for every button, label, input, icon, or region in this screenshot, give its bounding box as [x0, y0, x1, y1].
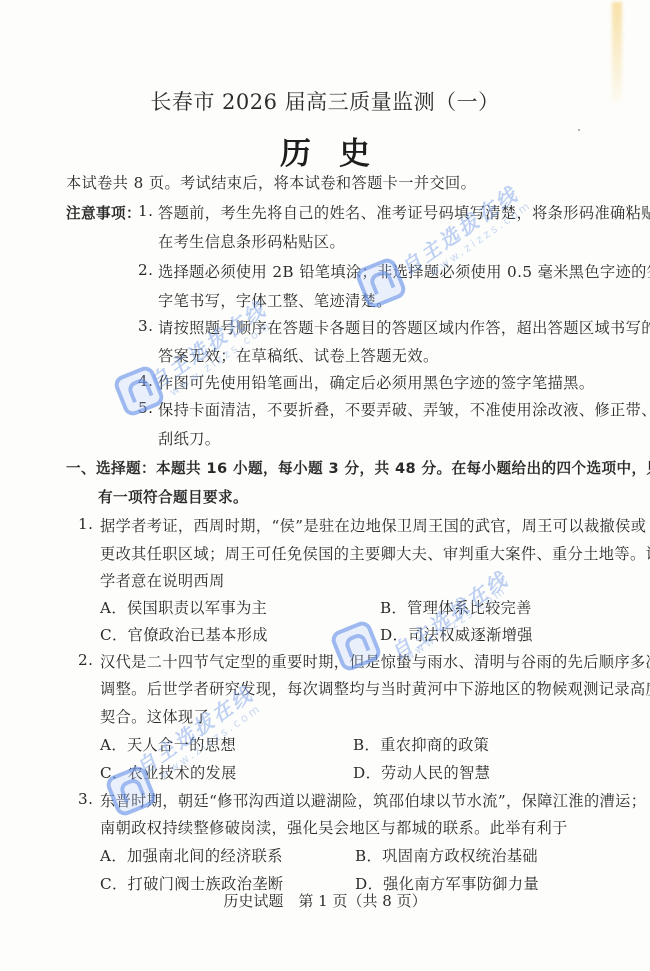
- notice-5-line-1: 保持卡面清洁，不要折叠，不要弄破、弄皱，不准使用涂改液、修正带、: [158, 399, 650, 420]
- question-1-stem-3: 学者意在说明西周: [100, 570, 225, 591]
- question-3-stem-2: 南朝政权持续整修破岗渎，强化吴会地区与都城的联系。此举有利于: [100, 817, 568, 838]
- question-3-stem-1: 东晋时期，朝廷“修邗沟西道以避湖险，筑邵伯埭以节水流”，保障江淮的漕运；: [100, 790, 646, 811]
- subject-title: 历史: [0, 128, 650, 173]
- notice-3-num: 3.: [138, 317, 153, 335]
- intro-text: 本试卷共 8 页。考试结束后，将本试卷和答题卡一并交回。: [66, 172, 476, 193]
- question-1-stem-1: 据学者考证，西周时期，“侯”是驻在边地保卫周王国的武官，周王可以裁撤侯或: [100, 515, 646, 536]
- page-footer: 历史试题 第 1 页（共 8 页）: [0, 890, 650, 911]
- notice-1-line-2: 在考生信息条形码粘贴区。: [158, 231, 345, 252]
- question-2-option-b: B．重农抑商的政策: [353, 734, 489, 755]
- notice-4-line-1: 作图可先使用铅笔画出，确定后必须用黑色字迹的签字笔描黑。: [158, 372, 594, 393]
- question-2-option-d: D．劳动人民的智慧: [353, 762, 490, 783]
- notice-5-line-2: 刮纸刀。: [158, 428, 220, 449]
- notice-1-line-1: 答题前，考生先将自己的姓名、准考证号码填写清楚，将条形码准确粘贴: [158, 202, 650, 223]
- exam-page: 长春市 2026 届高三质量监测（一） 历史 本试卷共 8 页。考试结束后，将本…: [0, 0, 650, 971]
- question-3-option-a: A．加强南北间的经济联系: [100, 845, 283, 866]
- notice-2-num: 2.: [138, 261, 153, 279]
- question-2-num: 2.: [78, 651, 93, 669]
- notice-label: 注意事项：: [66, 202, 141, 223]
- exam-title: 长春市 2026 届高三质量监测（一）: [0, 86, 650, 116]
- question-1-num: 1.: [78, 515, 93, 533]
- question-3-num: 3.: [78, 790, 93, 808]
- question-3-option-b: B．巩固南方政权统治基础: [355, 845, 538, 866]
- question-1-option-a: A．侯国职责以军事为主: [100, 597, 267, 618]
- notice-2-line-2: 字笔书写，字体工整、笔迹清楚。: [158, 290, 392, 311]
- section-1-heading-line-2: 有一项符合题目要求。: [98, 486, 248, 507]
- question-1-stem-2: 更改其任职区域；周王可任免侯国的主要卿大夫、审判重大案件、重分土地等。该: [100, 543, 650, 564]
- question-2-stem-2: 调整。后世学者研究发现，每次调整均与当时黄河中下游地区的物候观测记录高度: [100, 678, 650, 699]
- notice-1-num: 1.: [138, 202, 153, 220]
- question-1-option-c: C．官僚政治已基本形成: [100, 624, 268, 645]
- section-1-heading-line-1: 一、选择题：本题共 16 小题，每小题 3 分，共 48 分。在每小题给出的四个…: [66, 457, 650, 478]
